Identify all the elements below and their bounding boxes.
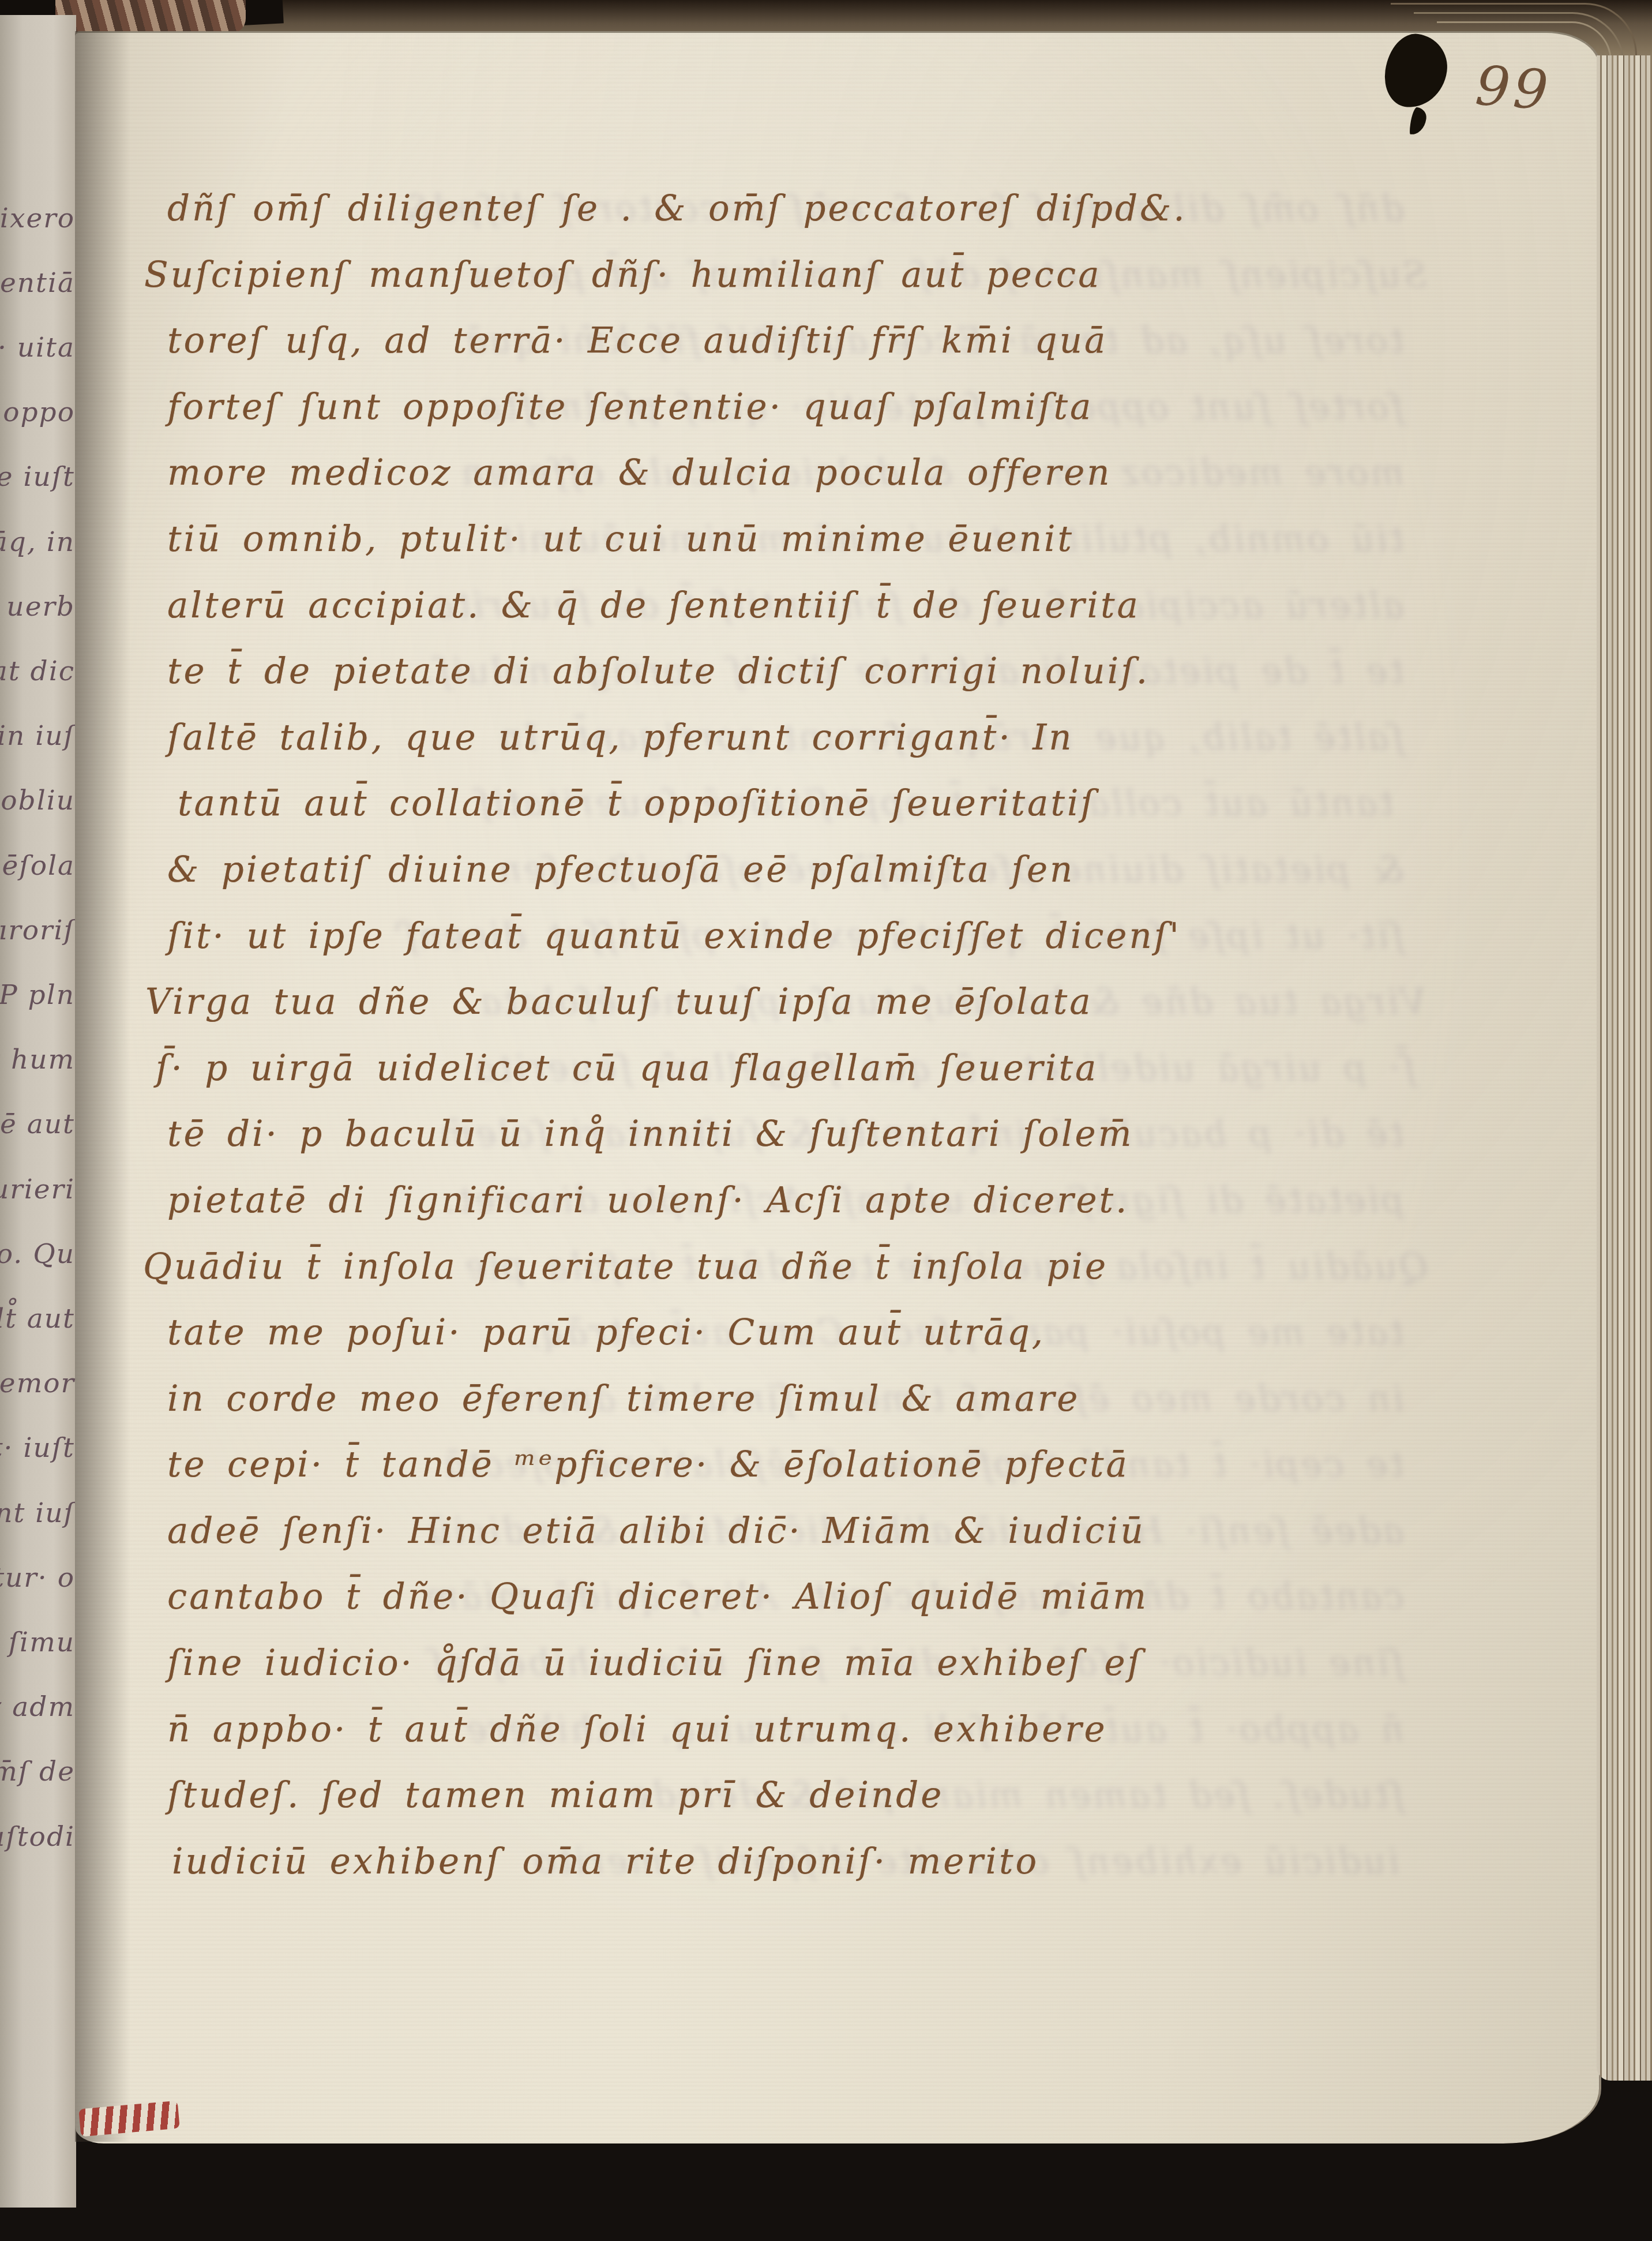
text-line: ſit· ut ipſe fateat̄ quantū exinde pfeci… xyxy=(167,904,1396,970)
margin-fragment: etreat dic xyxy=(0,655,75,687)
margin-fragment: niſ. Om̄ſ de xyxy=(0,1756,75,1787)
page-number: 99 xyxy=(1473,55,1553,123)
text-line: toreſ uſq, ad terrā· Ecce audiſtiſ fr̄ſ … xyxy=(167,308,1396,374)
text-line: Virga tua dñe & baculuſ tuuſ ipſa me ēſo… xyxy=(145,969,1396,1036)
text-line: cantabo t̄ dñe· Quaſi diceret· Alioſ qui… xyxy=(167,1564,1396,1631)
margin-fragment: e eı̊ obliu xyxy=(0,785,75,816)
margin-fragment: tte oppo xyxy=(0,396,75,428)
fore-edge-pages xyxy=(1597,55,1652,2081)
margin-fragment: erantē aut xyxy=(0,1108,75,1140)
margin-fragment: nāq, in xyxy=(0,526,75,558)
spine-headband xyxy=(55,0,246,33)
text-line: te t̄ de pietate di abſolute dictiſ corr… xyxy=(167,639,1396,705)
text-line: ſine iudicio· q̊ſdā ū iudiciū ſine mīa e… xyxy=(167,1631,1396,1697)
text-line: ſaltē talib, que utrūq, pferunt corrigan… xyxy=(167,705,1396,771)
text-line: Quādiu t̄ inſola ſeueritate tua dñe t̄ i… xyxy=(143,1234,1396,1301)
margin-fragment: ı bono. Qu xyxy=(0,1238,75,1270)
margin-fragment: tia ēſola xyxy=(0,850,75,882)
manuscript-page: 99 dñſ om̄ſ diligenteſ ſe . & om̄ſ pecca… xyxy=(75,31,1601,2143)
margin-fragment: ra memor xyxy=(0,1367,75,1399)
margin-fragment: one iuſt xyxy=(0,461,75,493)
text-line: forteſ ſunt oppoſite ſententie· quaſ pſa… xyxy=(167,374,1396,441)
text-line: & pietatiſ diuine pfectuoſā eē pſalmiſta… xyxy=(167,837,1396,904)
manuscript-photo: ı dixeronitentiāciā· uitatte oppoone iuſ… xyxy=(0,0,1652,2241)
margin-fragment: ı dixero xyxy=(0,203,75,234)
text-line: ſtudeſ. ſed tamen miam prı̄ & deinde xyxy=(167,1763,1396,1829)
text-line: in corde meo ēferenſ timere ſimul & amar… xyxy=(167,1366,1396,1433)
margin-fragment: pibit· iuſt xyxy=(0,1432,75,1464)
text-line: te cepi· t̄ tandē ᵐᵉpficere· & ēſolation… xyxy=(167,1432,1396,1498)
facing-page-strip: ı dixeronitentiāciā· uitatte oppoone iuſ… xyxy=(0,15,76,2208)
text-block: dñſ om̄ſ diligenteſ ſe . & om̄ſ peccator… xyxy=(167,176,1396,1895)
margin-fragment: omiſ uerb xyxy=(0,591,75,623)
margin-fragment: ūt̃· P pln xyxy=(0,979,75,1011)
text-line: iudiciū exhibenſ om̄a rite diſponiſ· mer… xyxy=(172,1829,1396,1895)
text-line: adeē ſenſi· Hinc etiā alibi dic̄· Miām &… xyxy=(167,1498,1396,1565)
margin-fragment: nitentiā xyxy=(0,267,75,299)
margin-fragment: uſtoz adm xyxy=(0,1691,75,1723)
gutter-shadow xyxy=(75,31,130,2142)
text-line: alterū accipiat. & q̄ de ſententiiſ t̄ d… xyxy=(167,573,1396,639)
text-line: tiū omnib, ptulit· ut cui unū minime ēue… xyxy=(167,507,1396,573)
margin-fragment: pboz hum xyxy=(0,1044,75,1075)
margin-fragment: ciā· uita xyxy=(0,332,75,363)
text-line: dñſ om̄ſ diligenteſ ſe . & om̄ſ peccator… xyxy=(167,176,1396,242)
text-line: n̄ appbo· t̄ aut̄ dñe ſoli qui utrumq. e… xyxy=(167,1697,1396,1763)
text-line: Suſcipienſ manſuetoſ dñſ· humilianſ aut̄… xyxy=(144,242,1396,309)
margin-fragment: abunt iuſ xyxy=(0,1497,75,1529)
text-line: more medicoz amara & dulcia pocula offer… xyxy=(167,440,1396,507)
text-line: tē di· p baculū ū inq̊ inniti & ſuſtenta… xyxy=(167,1101,1396,1168)
margin-fragment: · uult̊ aut xyxy=(0,1303,75,1335)
text-line: pietatē di ſignificari uolenſ· Acſi apte… xyxy=(167,1168,1396,1234)
text-line: tate me poſui· parū pfeci· Cum aut̄ utrā… xyxy=(167,1300,1396,1366)
text-line: ſ̄· p uirgā uidelicet cū qua flagellam̄ … xyxy=(156,1036,1396,1102)
margin-fragment: ibuſ̄· ſimu xyxy=(0,1627,75,1658)
margin-fragment: ſuſ in iuſ xyxy=(0,720,75,752)
margin-fragment: & eſurieri xyxy=(0,1174,75,1205)
text-line: tantū aut̄ collationē t̄ oppoſitionē ſeu… xyxy=(178,771,1396,837)
margin-fragment: erentur· o xyxy=(0,1562,75,1594)
margin-fragment: ē· Cuſtodi xyxy=(0,1821,75,1853)
margin-fragment: ta ıroriſ xyxy=(0,915,75,946)
